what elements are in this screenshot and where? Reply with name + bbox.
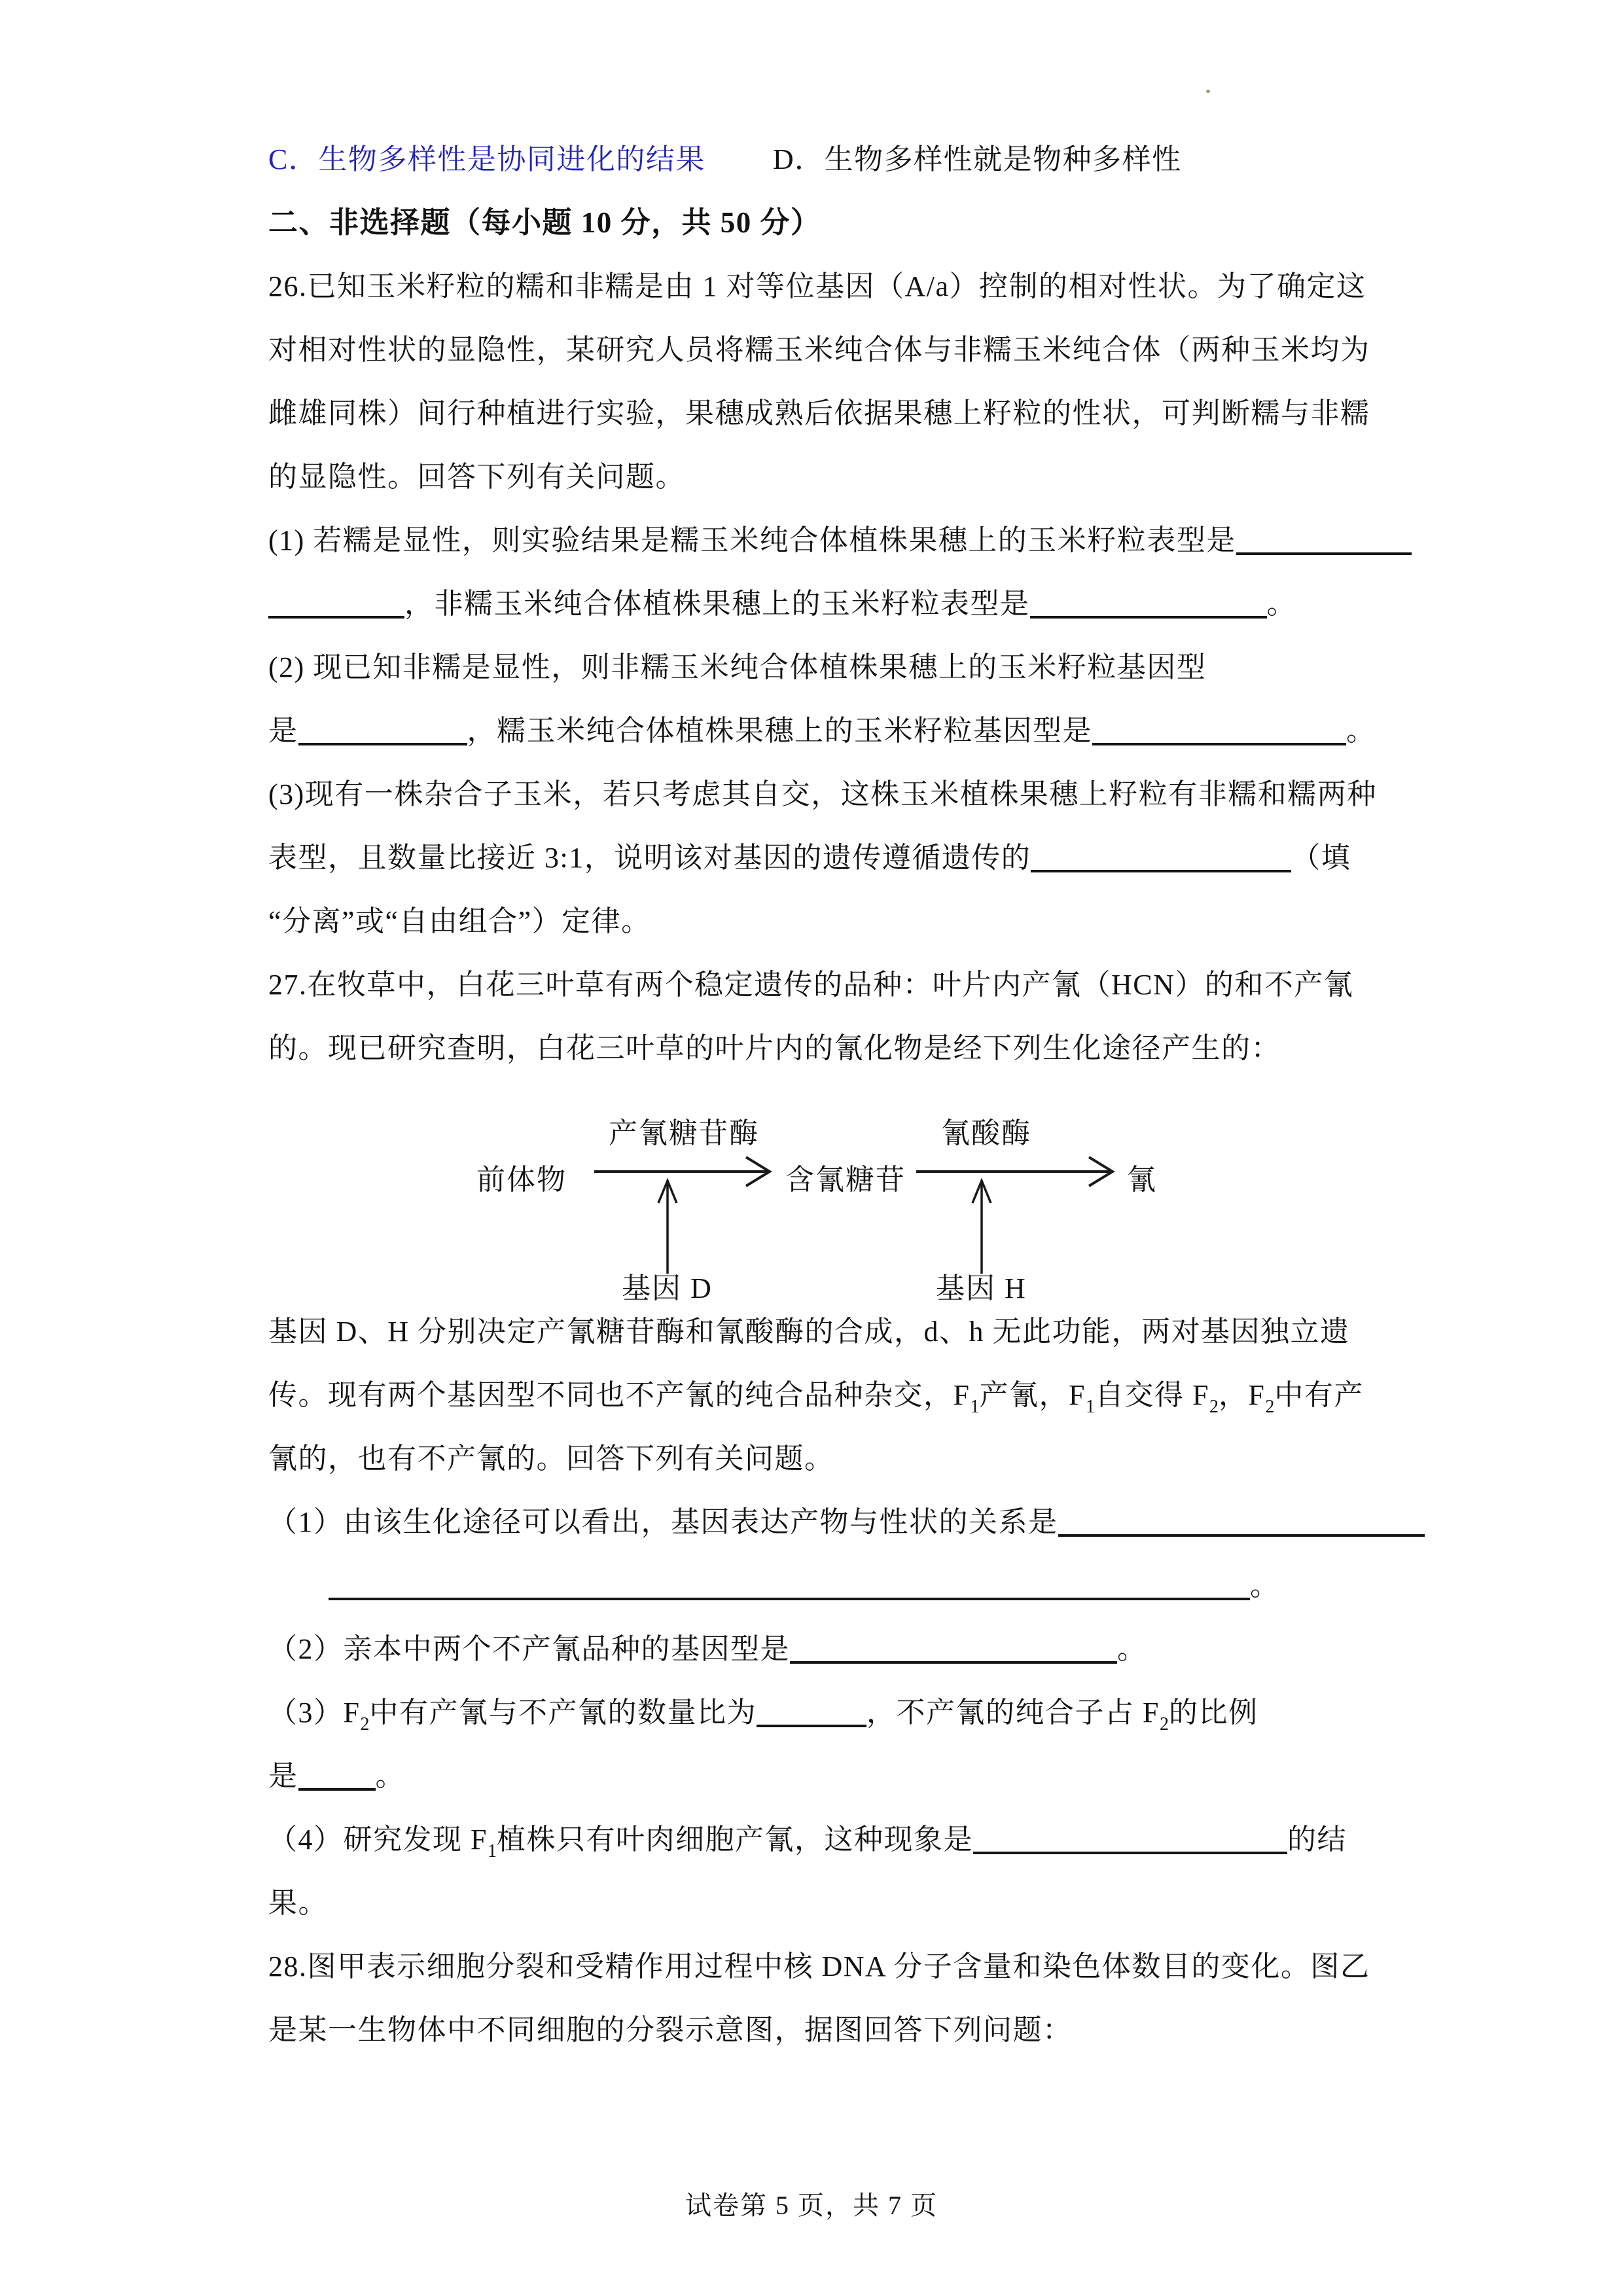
text-run: 。 [1346, 715, 1376, 747]
text-run: （1）由该生化途径可以看出，基因表达产物与性状的关系是 [268, 1506, 1058, 1538]
f2-subscript: 2 [360, 1714, 369, 1734]
answer-blank [329, 1571, 1250, 1600]
q27-sub1-line-2: 。 [268, 1554, 1420, 1617]
answer-blank [973, 1825, 1287, 1854]
answer-blank [298, 1762, 376, 1791]
q26-sub3-line-3: “分离”或“自由组合”）定律。 [268, 889, 1420, 953]
answer-blank [268, 590, 404, 619]
answer-blank [757, 1698, 866, 1727]
gene-d-label: 基因 D [622, 1265, 713, 1306]
f2-subscript: 2 [1209, 1397, 1219, 1417]
q27-body-line-3: 氰的，也有不产氰的。回答下列有关问题。 [268, 1427, 1420, 1490]
q27-intro-line-2: 的。现已研究查明，白花三叶草的叶片内的氰化物是经下列生化途径产生的： [268, 1016, 1420, 1080]
q26-intro-line-2: 对相对性状的显隐性，某研究人员将糯玉米纯合体与非糯玉米纯合体（两种玉米均为 [268, 318, 1420, 382]
q26-sub3-line-2: 表型，且数量比接近 3:1，说明该对基因的遗传遵循遗传的（填 [268, 826, 1420, 889]
pathway-diagram: 产氰糖苷酶 氰酸酶 前体物 含氰糖苷 氰 基因 D 基因 H [268, 1080, 1420, 1300]
exam-content: C．生物多样性是协同进化的结果 D．生物多样性就是物种多样性 二、非选择题（每小… [268, 128, 1420, 2062]
f2-subscript: 2 [1160, 1714, 1169, 1734]
text-run: 产氰，F [979, 1379, 1085, 1411]
answer-blank [298, 717, 467, 745]
text-run: 表型，且数量比接近 3:1，说明该对基因的遗传遵循遗传的 [268, 842, 1031, 874]
text-run: 传。现有两个基因型不同也不产氰的纯合品种杂交，F [268, 1379, 970, 1411]
text-run: 。 [1267, 588, 1297, 620]
answer-blank [790, 1635, 1117, 1664]
q27-sub3-line-1: （3）F2中有产氰与不产氰的数量比为，不产氰的纯合子占 F2的比例 [268, 1681, 1420, 1744]
f2-subscript: 2 [1265, 1397, 1274, 1417]
q26-intro-line-1: 26.已知玉米籽粒的糯和非糯是由 1 对等位基因（A/a）控制的相对性状。为了确… [268, 255, 1420, 318]
text-run: ，非糯玉米纯合体植株果穗上的玉米籽粒表型是 [404, 588, 1030, 620]
text-run: ，F [1219, 1379, 1265, 1411]
text-run: 中有产氰与不产氰的数量比为 [369, 1696, 757, 1729]
text-run: （3）F [268, 1696, 360, 1729]
answer-blank [1092, 717, 1346, 745]
f1-subscript: 1 [970, 1397, 979, 1417]
text-run: 是 [268, 715, 298, 747]
text-run: ，不产氰的纯合子占 F [866, 1696, 1160, 1729]
product-label: 氰 [1127, 1156, 1157, 1198]
text-run: (1) 若糯是显性，则实验结果是糯玉米纯合体植株果穗上的玉米籽粒表型是 [268, 524, 1236, 556]
page-footer: 试卷第 5 页，共 7 页 [0, 2185, 1623, 2222]
text-run: 。 [1250, 1570, 1280, 1602]
options-line: C．生物多样性是协同进化的结果 D．生物多样性就是物种多样性 [268, 128, 1420, 191]
q26-sub2-line-1: (2) 现已知非糯是显性，则非糯玉米纯合体植株果穗上的玉米籽粒基因型 [268, 636, 1420, 699]
f1-subscript: 1 [1086, 1397, 1095, 1417]
q27-body-line-2: 传。现有两个基因型不同也不产氰的纯合品种杂交，F1产氰，F1自交得 F2，F2中… [268, 1363, 1420, 1427]
intermediate-label: 含氰糖苷 [785, 1156, 906, 1198]
q27-sub4-line-2: 果。 [268, 1871, 1420, 1935]
text-run: 自交得 F [1095, 1379, 1209, 1411]
text-run: 的结 [1287, 1823, 1347, 1856]
q28-intro-line-1: 28.图甲表示细胞分裂和受精作用过程中核 DNA 分子含量和染色体数目的变化。图… [268, 1935, 1420, 1998]
exam-page: C．生物多样性是协同进化的结果 D．生物多样性就是物种多样性 二、非选择题（每小… [0, 0, 1623, 2296]
text-run: 。 [1117, 1633, 1147, 1665]
text-run: 植株只有叶肉细胞产氰，这种现象是 [497, 1823, 973, 1856]
text-run: （4）研究发现 F [268, 1823, 488, 1856]
text-run: 中有产 [1274, 1379, 1364, 1411]
text-run: （2）亲本中两个不产氰品种的基因型是 [268, 1633, 790, 1665]
q27-intro-line-1: 27.在牧草中，白花三叶草有两个稳定遗传的品种：叶片内产氰（HCN）的和不产氰 [268, 953, 1420, 1016]
q26-intro-line-4: 的显隐性。回答下列有关问题。 [268, 445, 1420, 509]
precursor-label: 前体物 [476, 1156, 567, 1198]
q27-sub4-line-1: （4）研究发现 F1植株只有叶肉细胞产氰，这种现象是的结 [268, 1808, 1420, 1871]
text-run: 的比例 [1169, 1696, 1258, 1729]
section-header: 二、非选择题（每小题 10 分，共 50 分） [268, 191, 1420, 255]
q27-body-line-1: 基因 D、H 分别决定产氰糖苷酶和氰酸酶的合成，d、h 无此功能，两对基因独立遗 [268, 1300, 1420, 1363]
gene-h-label: 基因 H [936, 1265, 1027, 1306]
answer-blank [1031, 844, 1291, 872]
option-d: D．生物多样性就是物种多样性 [773, 143, 1182, 175]
q27-sub1-line-1: （1）由该生化途径可以看出，基因表达产物与性状的关系是 [268, 1490, 1420, 1554]
text-run: ，糯玉米纯合体植株果穗上的玉米籽粒基因型是 [467, 715, 1093, 747]
q26-sub2-line-2: 是，糯玉米纯合体植株果穗上的玉米籽粒基因型是。 [268, 699, 1420, 762]
enzyme2-label: 氰酸酶 [941, 1109, 1031, 1151]
text-run: 是 [268, 1760, 298, 1792]
answer-blank [1236, 526, 1412, 555]
q26-sub1-line-1: (1) 若糯是显性，则实验结果是糯玉米纯合体植株果穗上的玉米籽粒表型是 [268, 509, 1420, 572]
text-run: （填 [1291, 842, 1351, 874]
q26-sub3-line-1: (3)现有一株杂合子玉米，若只考虑其自交，这株玉米植株果穗上籽粒有非糯和糯两种 [268, 762, 1420, 826]
q26-intro-line-3: 雌雄同株）间行种植进行实验，果穗成熟后依据果穗上籽粒的性状，可判断糯与非糯 [268, 382, 1420, 445]
answer-blank [1058, 1508, 1425, 1537]
stray-mark [1206, 90, 1210, 93]
q28-intro-line-2: 是某一生物体中不同细胞的分裂示意图，据图回答下列问题： [268, 1998, 1420, 2062]
q27-sub2-line: （2）亲本中两个不产氰品种的基因型是。 [268, 1617, 1420, 1681]
answer-blank [1030, 590, 1267, 619]
text-run: 。 [376, 1760, 406, 1792]
f1-subscript: 1 [488, 1841, 497, 1861]
q26-sub1-line-2: ，非糯玉米纯合体植株果穗上的玉米籽粒表型是。 [268, 572, 1420, 636]
enzyme1-label: 产氰糖苷酶 [609, 1109, 759, 1151]
option-c: C．生物多样性是协同进化的结果 [268, 143, 705, 175]
q27-sub3-line-2: 是。 [268, 1744, 1420, 1808]
